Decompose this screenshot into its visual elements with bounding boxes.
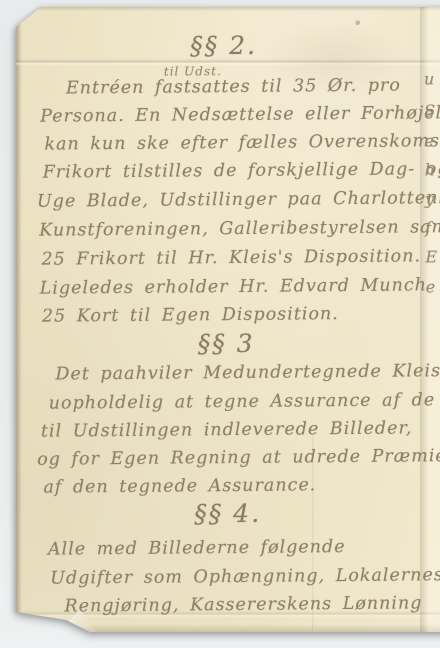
photograph-background: §§ 2. til Udst. Entréen fastsattes til 3… xyxy=(0,0,440,648)
manuscript-line: uopholdelig at tegne Assurance af de xyxy=(49,392,436,413)
adjacent-page-fragment: S xyxy=(424,101,435,120)
manuscript-line: 25 Frikort til Hr. Kleis's Disposition. xyxy=(41,248,421,269)
manuscript-line: af den tegnede Assurance. xyxy=(43,477,316,497)
manuscript-line: Det paahviler Medundertegnede Kleis xyxy=(55,363,440,384)
manuscript-line: Entréen fastsattes til 35 Ør. pro xyxy=(66,78,401,98)
handwritten-text-block: §§ 2. til Udst. Entréen fastsattes til 3… xyxy=(13,5,440,634)
manuscript-line: 25 Kort til Egen Disposition. xyxy=(42,306,339,326)
section-4-heading: §§ 4. xyxy=(18,497,438,530)
adjacent-page-fragment: E xyxy=(425,247,437,266)
manuscript-line: Ligeledes erholder Hr. Edvard Munch xyxy=(40,277,427,298)
manuscript-line: Frikort tilstilles de forskjellige Dag- … xyxy=(43,161,440,182)
manuscript-line: Kunstforeningen, Galleribestyrelsen samt xyxy=(39,219,440,240)
adjacent-page-fragment: e xyxy=(426,277,436,296)
manuscript-paper: §§ 2. til Udst. Entréen fastsattes til 3… xyxy=(16,7,440,632)
manuscript-line: Udgifter som Ophængning, Lokalernes xyxy=(50,567,440,588)
adjacent-page-fragment: y xyxy=(425,189,434,208)
paper-wrapper: §§ 2. til Udst. Entréen fastsattes til 3… xyxy=(0,0,440,648)
manuscript-line: Rengjøring, Kassererskens Lønning xyxy=(64,595,422,616)
adjacent-page-fragment: u xyxy=(424,69,434,88)
manuscript-line: og for Egen Regning at udrede Præmie xyxy=(37,448,440,469)
adjacent-page-fragment: e xyxy=(424,131,434,150)
manuscript-line: til Udstillingen indleverede Billeder, xyxy=(41,420,413,441)
manuscript-line: kan kun ske efter fælles Overenskomst. xyxy=(44,133,440,154)
manuscript-line: Persona. En Nedsættelse eller Forhøjelse… xyxy=(40,105,440,126)
manuscript-line: Uge Blade, Udstillinger paa Charlottenbo… xyxy=(37,190,440,211)
adjacent-page-fragment: f xyxy=(425,218,431,237)
section-2-heading: §§ 2. xyxy=(13,29,433,62)
adjacent-page-fragment: h xyxy=(425,160,435,179)
manuscript-line: Alle med Billederne følgende xyxy=(48,539,346,559)
section-3-heading: §§ 3 xyxy=(16,327,436,360)
